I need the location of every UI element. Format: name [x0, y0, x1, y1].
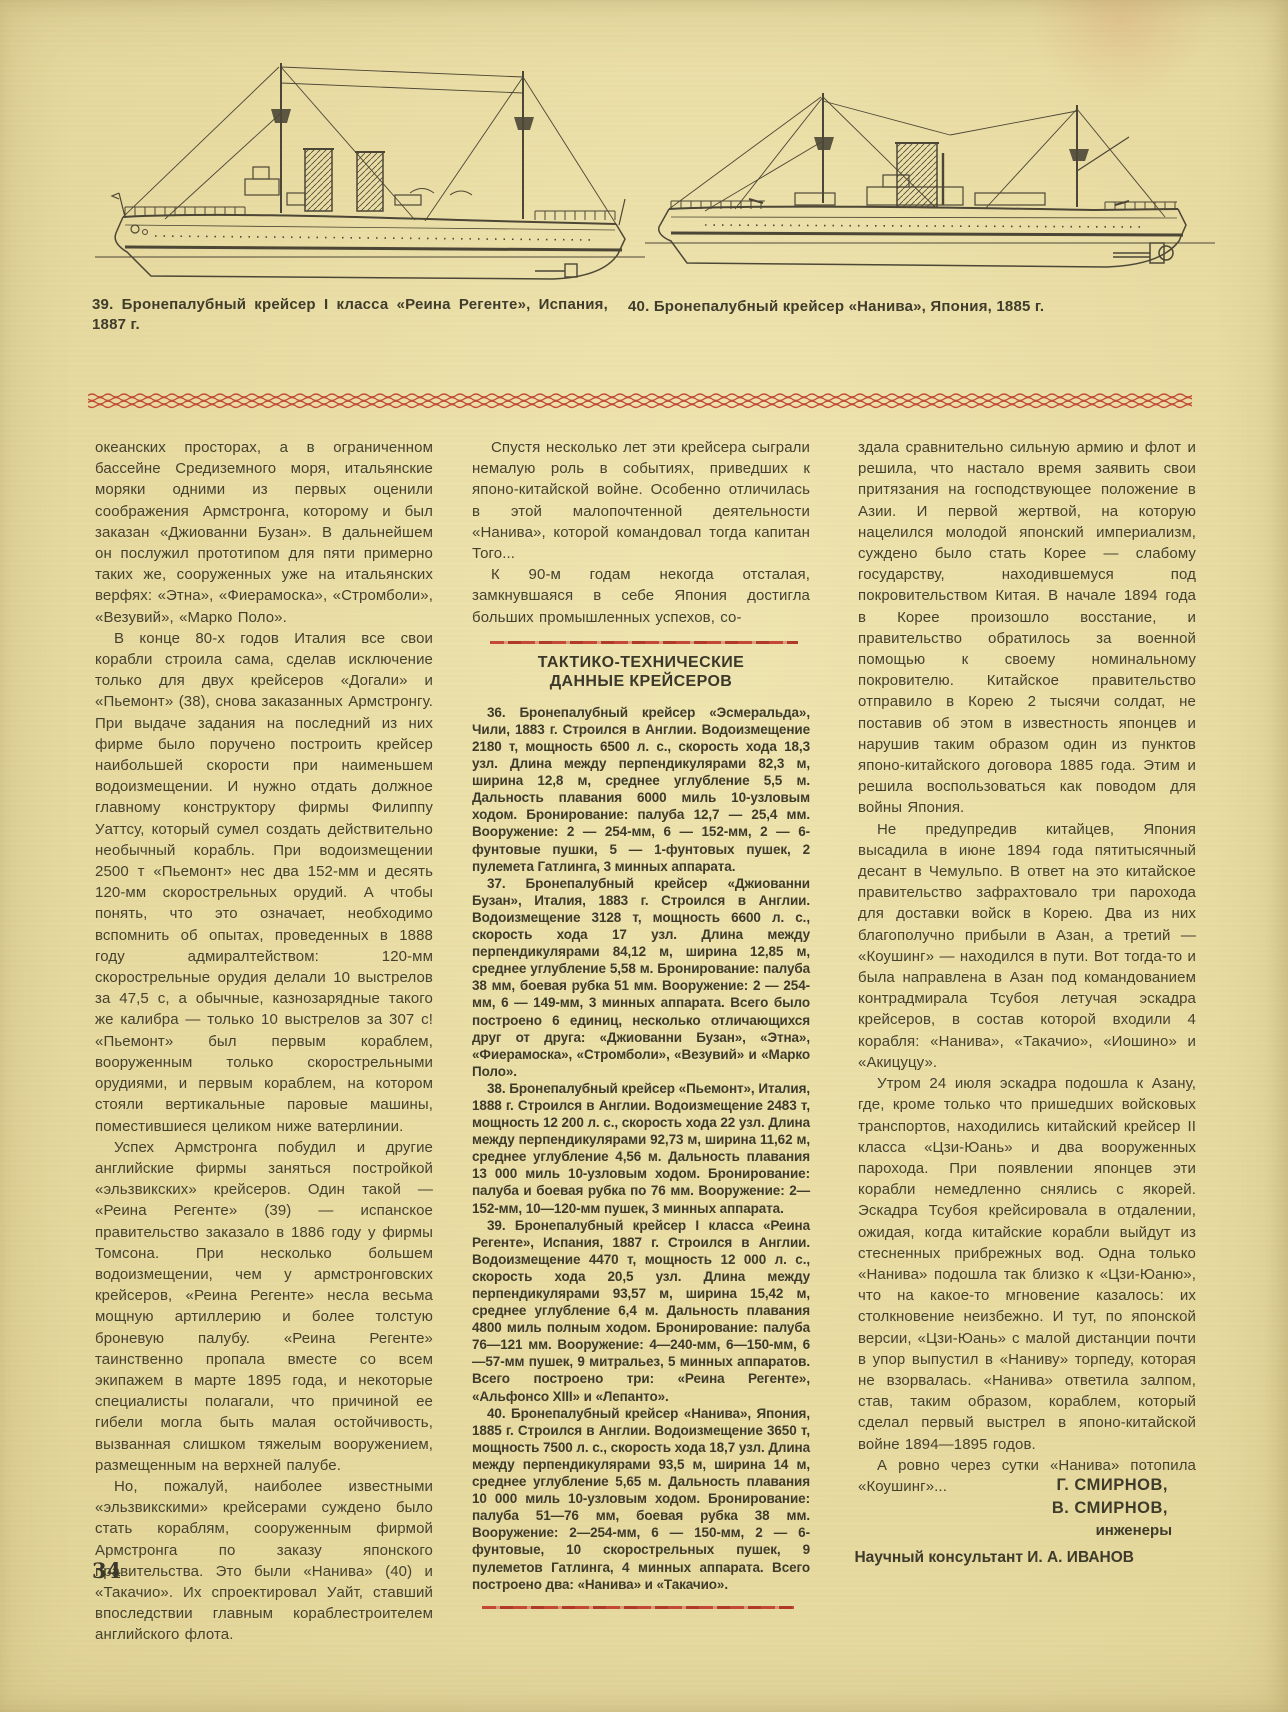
tech-data-entry-40: 40. Бронепалубный крейсер «Нанива», Япон…	[472, 1405, 810, 1593]
ship-drawing-naniwa	[645, 75, 1215, 305]
wave-divider-ornament	[88, 392, 1192, 410]
body-paragraph: здала сравнительно сильную армию и флот …	[858, 437, 1196, 819]
figure-caption-39: 39. Бронепалубный крейсер I класса «Реин…	[92, 295, 608, 335]
page-number: 34	[92, 1558, 121, 1583]
tech-data-entry-38: 38. Бронепалубный крейсер «Пьемонт», Ита…	[472, 1080, 810, 1217]
signature-line-4: Научный консультант И. А. ИВАНОВ	[830, 1547, 1196, 1569]
magazine-page: 39. Бронепалубный крейсер I класса «Реин…	[0, 0, 1288, 1712]
signature-line-1: Г. СМИРНОВ,	[830, 1474, 1196, 1497]
left-column: океанских просторах, а в ограниченном ба…	[95, 437, 433, 1646]
body-paragraph: Не предупредив китайцев, Япония высадила…	[858, 819, 1196, 1073]
middle-column: Спустя несколько лет эти крейсера сыграл…	[472, 437, 810, 1609]
tech-data-heading-line1: ТАКТИКО-ТЕХНИЧЕСКИЕ	[472, 653, 810, 672]
tech-data-entry-36: 36. Бронепалубный крейсер «Эсмеральда», …	[472, 704, 810, 875]
signature-block: Г. СМИРНОВ, В. СМИРНОВ, инженеры Научный…	[830, 1474, 1196, 1569]
signature-line-3: инженеры	[830, 1520, 1196, 1542]
tech-data-entry-37: 37. Бронепалубный крейсер «Джиованни Буз…	[472, 875, 810, 1080]
tech-data-heading: ТАКТИКО-ТЕХНИЧЕСКИЕ ДАННЫЕ КРЕЙСЕРОВ	[472, 653, 810, 691]
body-paragraph: Утром 24 июля эскадра подошла к Азану, г…	[858, 1073, 1196, 1455]
body-paragraph: океанских просторах, а в ограниченном ба…	[95, 437, 433, 628]
signature-line-2: В. СМИРНОВ,	[830, 1497, 1196, 1520]
body-paragraph: К 90-м годам некогда отсталая, замкнувша…	[472, 564, 810, 628]
body-paragraph: Спустя несколько лет эти крейсера сыграл…	[472, 437, 810, 564]
body-paragraph: В конце 80-х годов Италия все свои кораб…	[95, 628, 433, 1137]
ship-drawing-reina-regente	[95, 33, 645, 288]
figure-caption-40: 40. Бронепалубный крейсер «Нанива», Япон…	[628, 297, 1158, 317]
tech-data-rule-bottom	[482, 1606, 794, 1609]
body-paragraph: Но, пожалуй, наиболее известными «эльзви…	[95, 1476, 433, 1646]
tech-data-rule-top	[490, 641, 798, 644]
tech-data-entry-39: 39. Бронепалубный крейсер I класса «Реин…	[472, 1217, 810, 1405]
body-paragraph: Успех Армстронга побудил и другие англий…	[95, 1137, 433, 1476]
right-column: здала сравнительно сильную армию и флот …	[858, 437, 1196, 1497]
tech-data-heading-line2: ДАННЫЕ КРЕЙСЕРОВ	[472, 672, 810, 691]
